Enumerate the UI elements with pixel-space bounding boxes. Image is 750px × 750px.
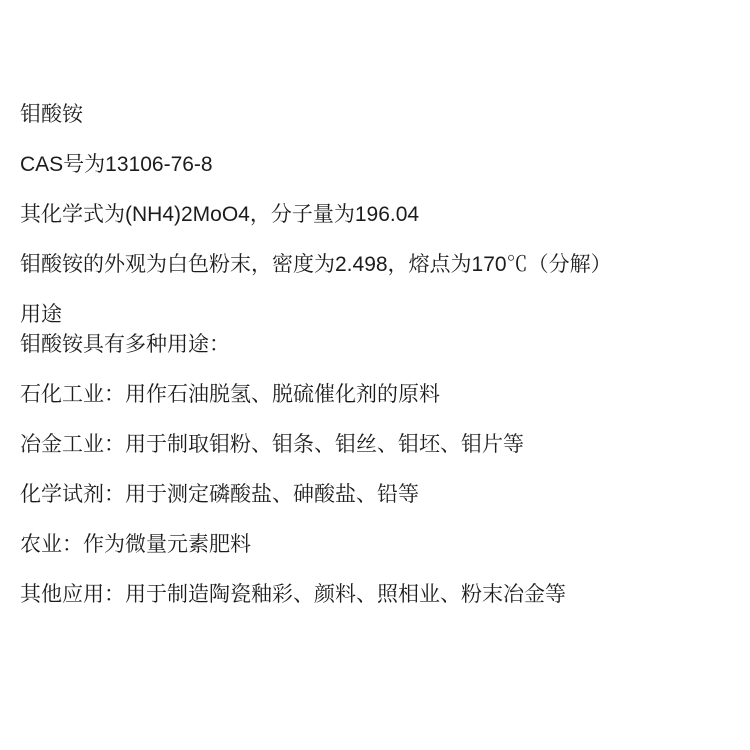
use-item-agriculture: 农业：作为微量元素肥料	[20, 530, 730, 560]
uses-heading: 用途	[20, 300, 730, 330]
cas-number-line: CAS号为13106-76-8	[20, 150, 730, 180]
document-body: 钼酸铵 CAS号为13106-76-8 其化学式为(NH4)2MoO4，分子量为…	[0, 0, 750, 610]
uses-section: 用途 钼酸铵具有多种用途：	[20, 300, 730, 360]
use-item-metallurgy: 冶金工业：用于制取钼粉、钼条、钼丝、钼坯、钼片等	[20, 430, 730, 460]
doc-title: 钼酸铵	[20, 100, 730, 130]
chemical-formula-line: 其化学式为(NH4)2MoO4，分子量为196.04	[20, 200, 730, 230]
uses-intro: 钼酸铵具有多种用途：	[20, 330, 730, 360]
use-item-other-applications: 其他应用：用于制造陶瓷釉彩、颜料、照相业、粉末冶金等	[20, 580, 730, 610]
use-item-petrochemical: 石化工业：用作石油脱氢、脱硫催化剂的原料	[20, 380, 730, 410]
physical-properties-line: 钼酸铵的外观为白色粉末，密度为2.498，熔点为170℃（分解）	[20, 250, 730, 280]
use-item-chemical-reagent: 化学试剂：用于测定磷酸盐、砷酸盐、铅等	[20, 480, 730, 510]
